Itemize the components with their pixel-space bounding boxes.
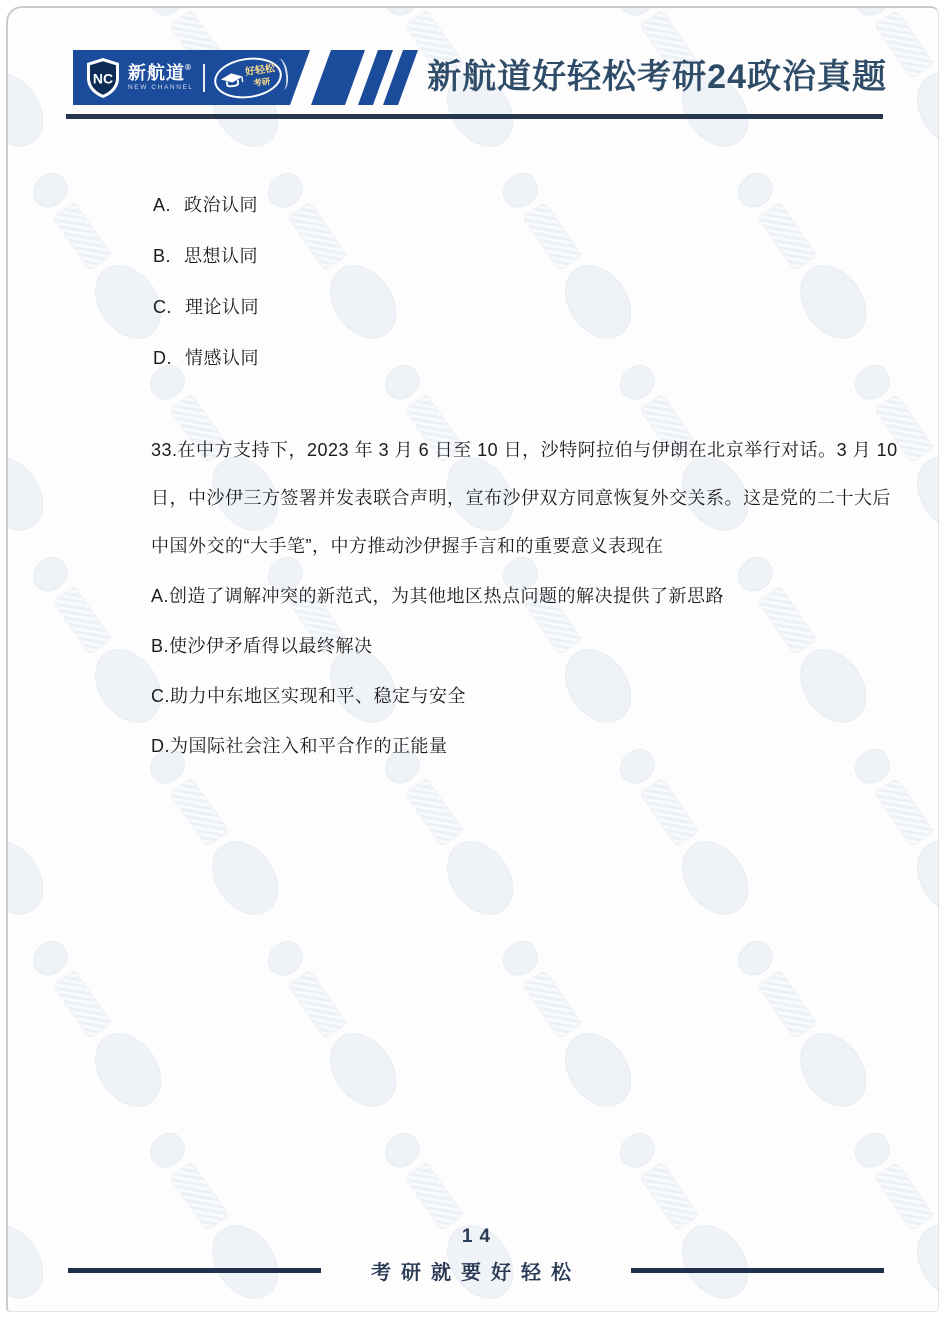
watermark-blob (551, 1020, 644, 1119)
watermark-blob (378, 8, 426, 22)
question-stem-line: 中国外交的“大手笔”，中方推动沙伊握手言和的重要意义表现在 (151, 537, 921, 555)
watermark-blob (668, 828, 761, 927)
option-label: B. (151, 636, 169, 656)
option-text: 思想认同 (184, 246, 258, 266)
watermark-band (404, 1161, 465, 1231)
watermark-item (8, 346, 66, 549)
watermark-blob (786, 252, 879, 351)
footer-bar-left (68, 1268, 321, 1273)
option-row: B.思想认同 (153, 247, 259, 265)
option-text: 政治认同 (184, 195, 258, 215)
watermark-blob (8, 1212, 57, 1311)
watermark-blob (903, 828, 938, 927)
nc-shield-logo-icon: NC (85, 57, 121, 99)
banner-stripe (311, 50, 365, 105)
watermark-blob (496, 935, 544, 982)
watermark-blob (378, 359, 426, 406)
option-label: A. (151, 586, 169, 606)
watermark-band (52, 969, 113, 1039)
watermark-band (52, 201, 113, 271)
watermark-blob (26, 935, 74, 982)
watermark-blob (848, 8, 896, 22)
watermark-blob (261, 935, 309, 982)
watermark-band (757, 969, 818, 1039)
watermark-item (243, 154, 419, 357)
watermark-blob (26, 551, 74, 598)
option-label: D. (151, 736, 170, 756)
watermark-blob (143, 8, 191, 22)
watermark-blob (496, 167, 544, 214)
banner-stripes (310, 50, 408, 105)
watermark-blob (433, 828, 526, 927)
option-row: D.情感认同 (153, 349, 259, 367)
watermark-blob (551, 252, 644, 351)
option-row: C.助力中东地区实现和平、稳定与安全 (151, 687, 921, 705)
watermark-item (8, 1114, 66, 1311)
watermark-item (243, 922, 419, 1125)
watermark-blob (903, 60, 938, 159)
watermark-blob (26, 167, 74, 214)
watermark-blob (731, 167, 779, 214)
option-row: C.理论认同 (153, 298, 259, 316)
option-label: C. (153, 297, 172, 317)
header-divider-rule (66, 114, 883, 119)
option-label: C. (151, 686, 170, 706)
watermark-blob (848, 1127, 896, 1174)
nc-shield-text: NC (93, 70, 113, 86)
watermark-blob (786, 1020, 879, 1119)
watermark-blob (903, 1212, 938, 1311)
badge-text: 好轻松 考研 (244, 63, 277, 87)
haoqingsong-badge: 好轻松 考研 (211, 53, 284, 102)
graduation-cap-icon (219, 70, 245, 90)
watermark-blob (316, 252, 409, 351)
watermark-band (522, 969, 583, 1039)
option-text: 助力中东地区实现和平、稳定与安全 (170, 686, 466, 706)
option-label: D. (153, 348, 172, 368)
brand-banner: NC 新航道® NEW CHANNEL 好轻松 考研 (73, 50, 408, 105)
option-text: 使沙伊矛盾得以最终解决 (169, 636, 373, 656)
watermark-band (287, 969, 348, 1039)
previous-question-options: A.政治认同 B.思想认同 C.理论认同 D.情感认同 (153, 196, 259, 400)
watermark-item (478, 922, 654, 1125)
watermark-item (8, 8, 66, 166)
option-text: 为国际社会注入和平合作的正能量 (170, 736, 448, 756)
brand-divider (203, 64, 205, 92)
watermark-band (169, 777, 230, 847)
watermark-blob (81, 1020, 174, 1119)
watermark-blob (613, 359, 661, 406)
brand-name-cn: 新航道® (128, 64, 194, 82)
watermark-blob (848, 359, 896, 406)
watermark-blob (378, 1127, 426, 1174)
watermark-band (639, 1161, 700, 1231)
brand-banner-main: NC 新航道® NEW CHANNEL 好轻松 考研 (73, 50, 310, 105)
option-label: B. (153, 246, 171, 266)
option-label: A. (153, 195, 171, 215)
option-row: A.政治认同 (153, 196, 259, 214)
watermark-blob (8, 60, 57, 159)
watermark-band (639, 777, 700, 847)
watermark-blob (8, 828, 57, 927)
watermark-blob (613, 1127, 661, 1174)
question-33: 33.在中方支持下，2023 年 3 月 6 日至 10 日，沙特阿拉伯与伊朗在… (151, 441, 921, 787)
watermark-blob (8, 444, 57, 543)
question-33-options: A.创造了调解冲突的新范式，为其他地区热点问题的解决提供了新思路 B.使沙伊矛盾… (151, 587, 921, 755)
watermark-band (169, 1161, 230, 1231)
footer-slogan-row: 考研就要好轻松 (68, 1256, 884, 1285)
scanned-page: NC 新航道® NEW CHANNEL 好轻松 考研 (6, 6, 939, 1312)
badge-line2: 考研 (252, 76, 270, 87)
watermark-band (287, 201, 348, 271)
watermark-item (478, 154, 654, 357)
question-stem-line: 日，中沙伊三方签署并发表联合声明，宣布沙伊双方同意恢复外交关系。这是党的二十大后 (151, 489, 921, 507)
watermark-band (757, 201, 818, 271)
brand-wordmark: 新航道® NEW CHANNEL (128, 64, 194, 92)
watermark-item (713, 922, 889, 1125)
footer-slogan: 考研就要好轻松 (371, 1256, 581, 1285)
option-row: D.为国际社会注入和平合作的正能量 (151, 737, 921, 755)
watermark-item (8, 730, 66, 933)
option-text: 情感认同 (185, 348, 259, 368)
watermark-band (874, 777, 935, 847)
watermark-blob (731, 935, 779, 982)
page-number: 14 (68, 1226, 884, 1248)
watermark-blob (613, 8, 661, 22)
watermark-band (404, 777, 465, 847)
watermark-item (8, 922, 184, 1125)
watermark-band (52, 585, 113, 655)
option-row: B.使沙伊矛盾得以最终解决 (151, 637, 921, 655)
watermark-blob (143, 1127, 191, 1174)
watermark-item (713, 154, 889, 357)
watermark-blob (198, 828, 291, 927)
watermark-blob (316, 1020, 409, 1119)
page-footer: 14 考研就要好轻松 (68, 1226, 884, 1285)
option-text: 理论认同 (185, 297, 259, 317)
registered-mark: ® (185, 63, 192, 72)
brand-name-en: NEW CHANNEL (128, 85, 194, 92)
page-title: 新航道好轻松考研24政治真题 (427, 57, 887, 98)
badge-line1: 好轻松 (244, 63, 275, 77)
option-row: A.创造了调解冲突的新范式，为其他地区热点问题的解决提供了新思路 (151, 587, 921, 605)
watermark-band (522, 201, 583, 271)
watermark-band (874, 1161, 935, 1231)
question-stem-line: 33.在中方支持下，2023 年 3 月 6 日至 10 日，沙特阿拉伯与伊朗在… (151, 441, 921, 459)
footer-bar-right (631, 1268, 884, 1273)
option-text: 创造了调解冲突的新范式，为其他地区热点问题的解决提供了新思路 (169, 586, 724, 606)
watermark-blob (261, 167, 309, 214)
